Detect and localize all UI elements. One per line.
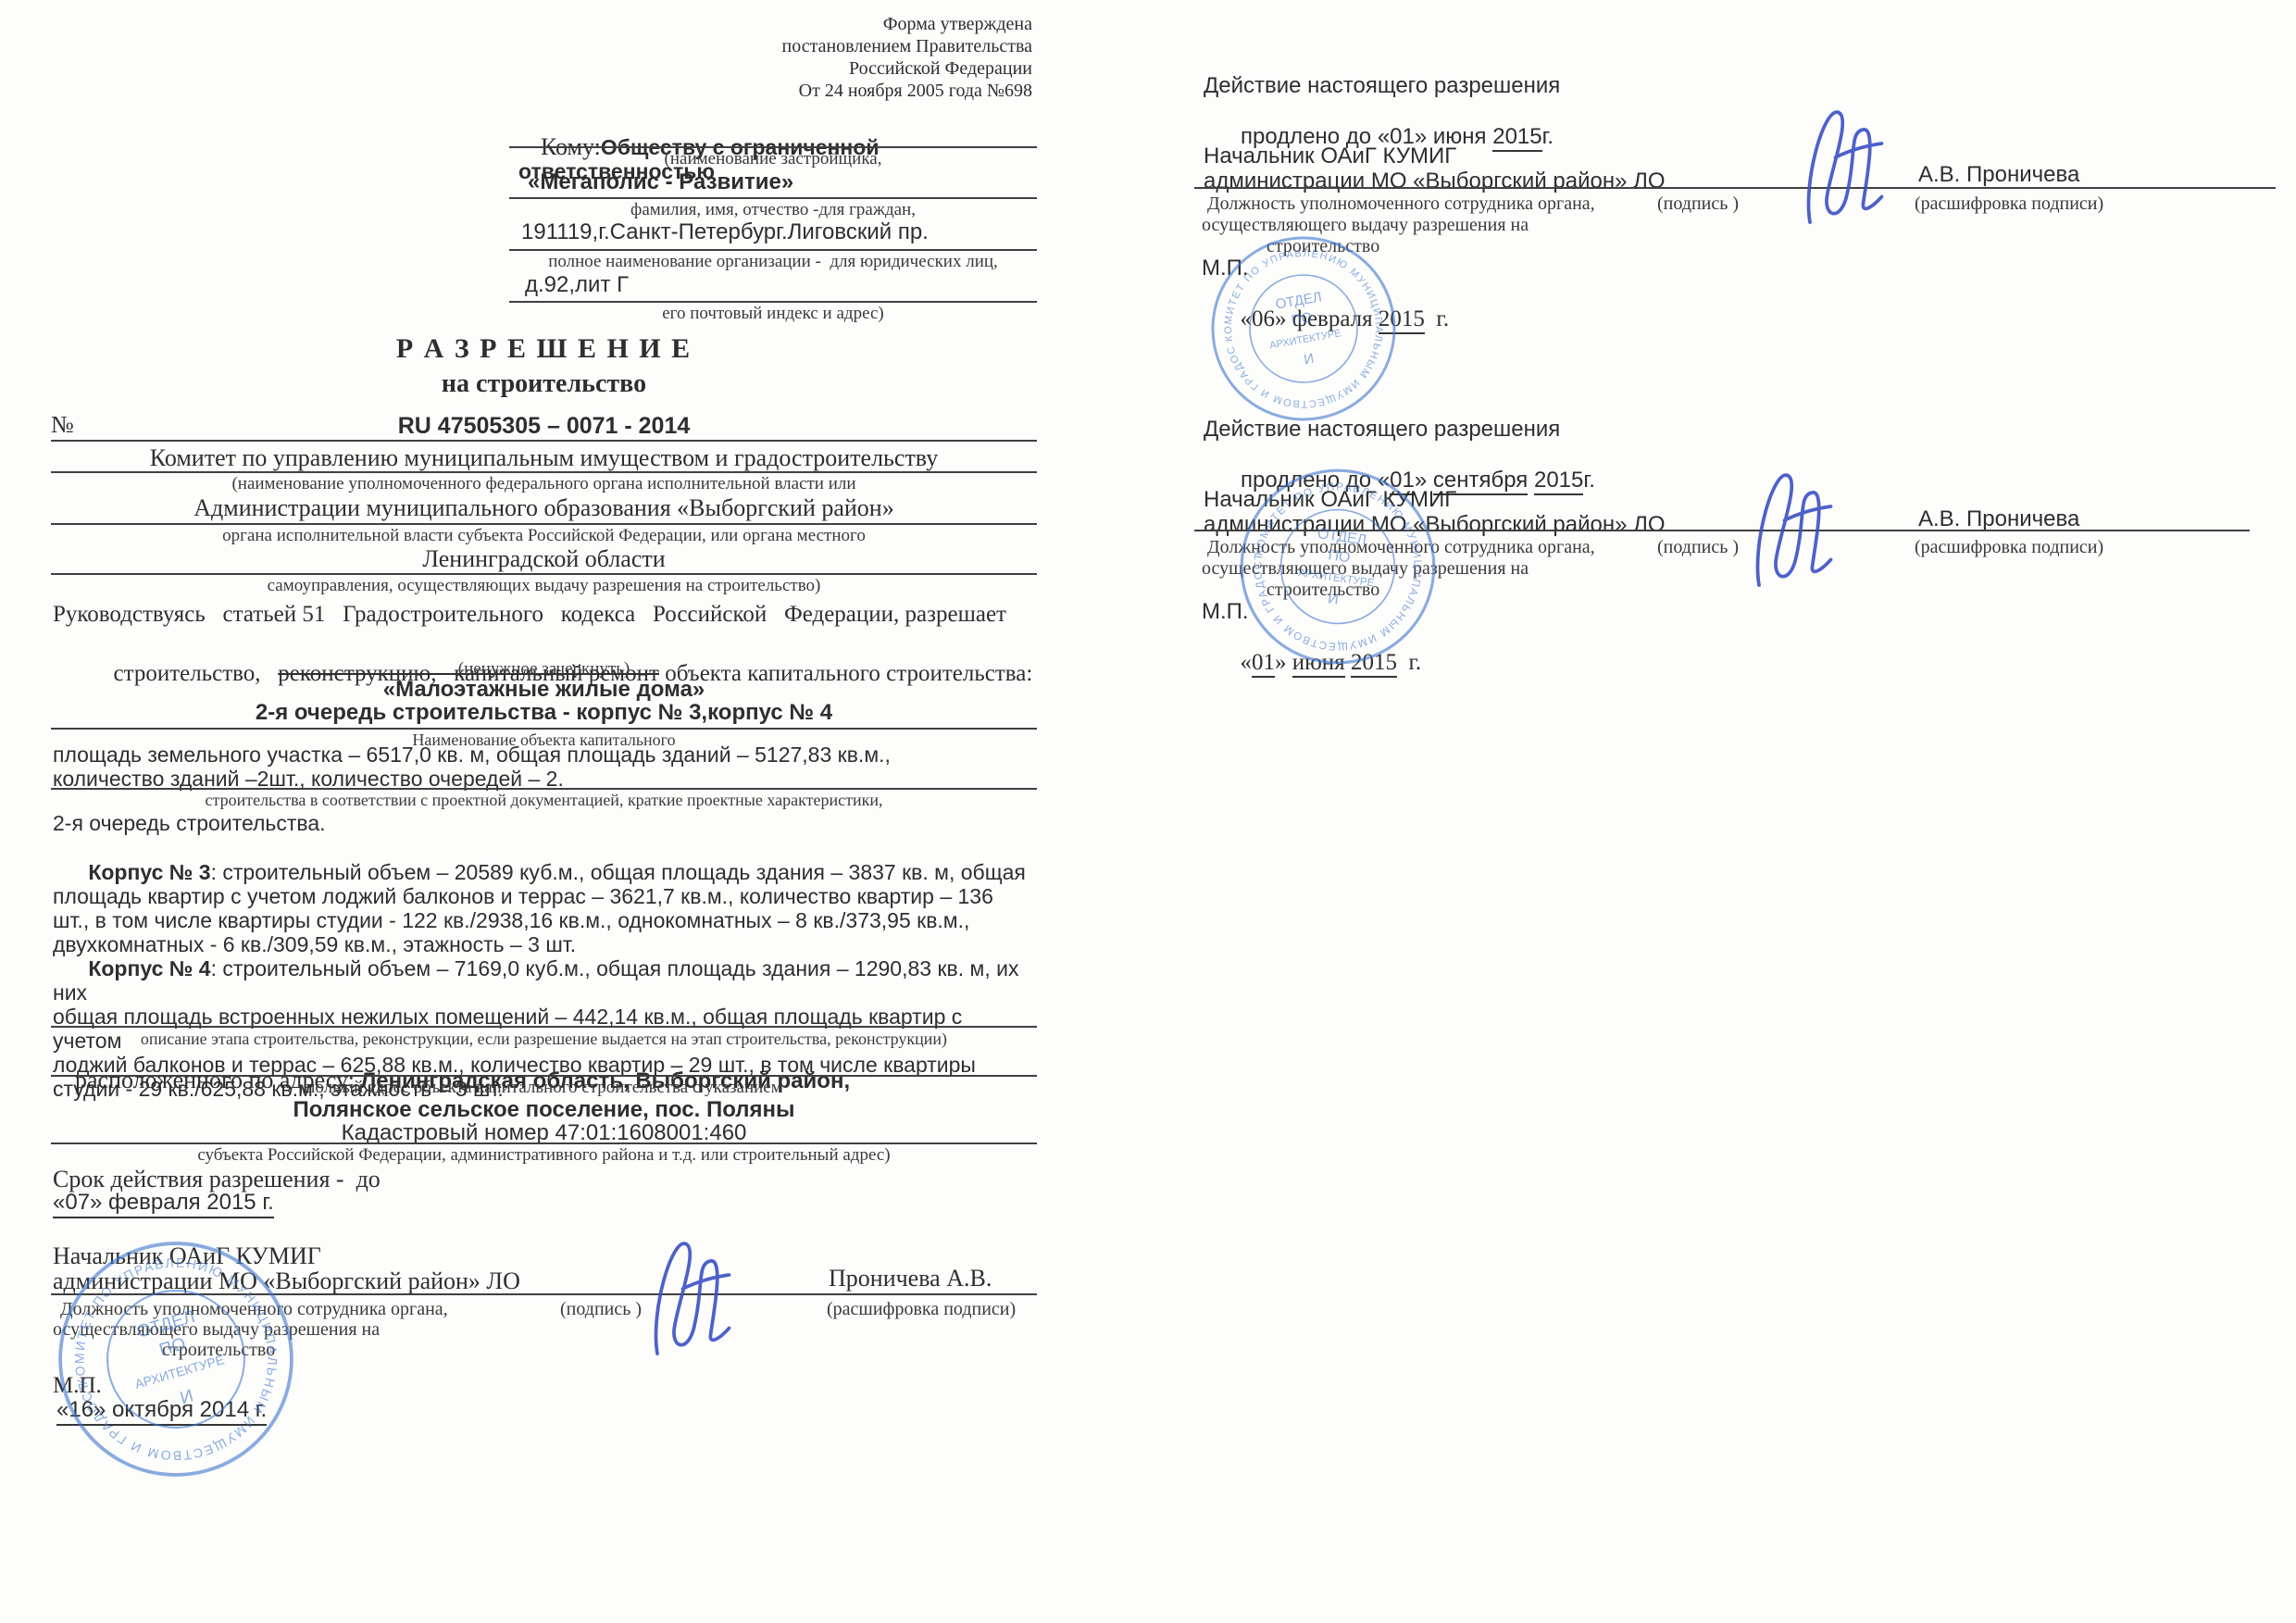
authority-name-2: Администрации муниципального образования… (51, 494, 1037, 521)
extension-1-note-1: Действие настоящего разрешения (1204, 74, 1560, 99)
officer-position-2: администрации МО «Выборгский район» ЛО (1204, 169, 1666, 194)
underline-rule (51, 1142, 1037, 1144)
address-caption-1: полный адрес объекта капитального строит… (51, 1078, 1037, 1097)
signature-line (1194, 187, 2276, 189)
area-summary-1: площадь земельного участка – 6517,0 кв. … (53, 743, 891, 767)
addressee-caption-4: его почтовый индекс и адрес) (509, 304, 1037, 323)
stamp-center-text: АРХИТЕКТУРЕ (1297, 567, 1375, 589)
stamp-center-text: И (178, 1386, 195, 1408)
underline-rule (51, 728, 1037, 730)
round-stamp: КОМИТЕТ ПО УПРАВЛЕНИЮ МУНИЦИПАЛЬНЫМ ИМУЩ… (1194, 219, 1413, 438)
permit-subtitle: на строительство (51, 369, 1037, 398)
validity-label: Срок действия разрешения - до (53, 1166, 381, 1192)
officer-position-1: Начальник ОАиГ КУМИГ (1204, 144, 1456, 169)
addressee-caption-1: (наименование застройщика, (509, 149, 1037, 169)
permit-title: Р А З Р Е Ш Е Н И Е (51, 333, 1037, 365)
stamp-ring-text: КОМИТЕТ ПО УПРАВЛЕНИЮ МУНИЦИПАЛЬНЫМ ИМУЩ… (47, 1230, 305, 1488)
developer-name: «Мегаполис - Развитие» (528, 170, 793, 195)
stamp-center-text: И (1327, 591, 1340, 607)
project-caption: строительства в соответствии с проектной… (51, 791, 1037, 809)
legal-basis-line-1: Руководствуясь статьей 51 Градостроитель… (53, 602, 1006, 628)
signature (1768, 93, 1907, 236)
extension-2-post: г. (1583, 468, 1595, 493)
stamp-center-text: ПО (1328, 547, 1352, 566)
underline-rule (509, 146, 1037, 148)
settlement-line: Полянское сельское поселение, пос. Полян… (51, 1098, 1037, 1123)
stamp-center-text: ОТДЕЛ (1316, 526, 1367, 548)
underline-rule (51, 1075, 1037, 1077)
stamp-center-text: ПО (157, 1334, 188, 1360)
position-caption-1: Должность уполномоченного сотрудника орг… (1207, 194, 1595, 214)
name-caption: (расшифровка подписи) (1915, 194, 2103, 214)
object-stage: 2-я очередь строительства - корпус № 3,к… (51, 701, 1037, 726)
extension-2-year: 2015 (1534, 468, 1583, 495)
extensions-page: Действие настоящего разрешения продлено … (1194, 0, 2282, 1623)
authority-caption-2: органа исполнительной власти субъекта Ро… (51, 526, 1037, 545)
form-note: Форма утверждена постановлением Правител… (569, 13, 1032, 102)
korpus-4-label: Корпус № 4 (88, 956, 210, 980)
stage-caption: описание этапа строительства, реконструк… (51, 1030, 1037, 1048)
stamp-center-text: И (1303, 351, 1316, 368)
addressee-caption-2: фамилия, имя, отчество -для граждан, (509, 200, 1037, 219)
stamp-center-text: ПО (1291, 309, 1314, 329)
name-caption: (расшифровка подписи) (827, 1299, 1016, 1319)
underline-rule (509, 197, 1037, 199)
document-scan: Форма утверждена постановлением Правител… (0, 0, 2296, 1623)
stamp-center-text: АРХИТЕКТУРЕ (133, 1352, 226, 1392)
object-name: «Малоэтажные жилые дома» (51, 678, 1037, 703)
underline-rule (509, 301, 1037, 303)
signature (606, 1224, 764, 1367)
name-caption: (расшифровка подписи) (1915, 537, 2103, 557)
extension-1-year: 2015 (1492, 124, 1541, 152)
validity-date: «07» февраля 2015 г. (53, 1191, 274, 1218)
round-stamp: КОМИТЕТ ПО УПРАВЛЕНИЮ МУНИЦИПАЛЬНЫМ ИМУЩ… (1225, 454, 1451, 680)
stamp-center-text: АРХИТЕКТУРЕ (1268, 328, 1341, 351)
authority-name-1: Комитет по управлению муниципальным имущ… (51, 444, 1037, 471)
signature-caption: (подпись ) (1657, 194, 1739, 214)
stamp-center-text: ОТДЕЛ (1274, 289, 1323, 312)
underline-rule (51, 523, 1037, 525)
seal-date-1-post: г. (1425, 306, 1449, 331)
developer-address-1: 191119,г.Санкт-Петербург.Лиговский пр. (521, 220, 929, 245)
signature (1717, 456, 1856, 599)
underline-rule (51, 471, 1037, 473)
authority-caption-3: самоуправления, осуществляющих выдачу ра… (51, 576, 1037, 595)
underline-rule (51, 573, 1037, 575)
underline-rule (51, 788, 1037, 790)
underline-rule (51, 440, 1037, 442)
officer-name: А.В. Проничева (1918, 163, 2079, 188)
korpus-3-label: Корпус № 3 (88, 860, 210, 884)
addressee-caption-3: полное наименование организации - для юр… (509, 252, 1037, 271)
address-caption-2: субъекта Российской Федерации, администр… (51, 1145, 1037, 1165)
underline-rule (51, 1026, 1037, 1028)
permit-number: RU 47505305 – 0071 - 2014 (51, 413, 1037, 439)
underline-rule (509, 249, 1037, 251)
extension-1-post: г. (1542, 124, 1554, 149)
stage-note: 2-я очередь строительства. (53, 811, 326, 835)
officer-name: Проничева А.В. (829, 1265, 992, 1292)
svg-text:КОМИТЕТ ПО УПРАВЛЕНИЮ МУНИЦИПА: КОМИТЕТ ПО УПРАВЛЕНИЮ МУНИЦИПАЛЬНЫМ ИМУЩ… (1210, 235, 1397, 422)
officer-name: А.В. Проничева (1918, 507, 2079, 532)
stamp-ring-text: КОМИТЕТ ПО УПРАВЛЕНИЮ МУНИЦИПАЛЬНЫМ ИМУЩ… (1210, 235, 1397, 422)
stamp-center-text: ОТДЕЛ (135, 1307, 197, 1342)
extension-2-space (1528, 468, 1534, 493)
authority-name-3: Ленинградской области (51, 545, 1037, 572)
developer-address-2: д.92,лит Г (525, 273, 629, 298)
svg-text:КОМИТЕТ ПО УПРАВЛЕНИЮ МУНИЦИПА: КОМИТЕТ ПО УПРАВЛЕНИЮ МУНИЦИПАЛЬНЫМ ИМУЩ… (47, 1230, 305, 1488)
authority-caption-1: (наименование уполномоченного федерально… (51, 474, 1037, 493)
permit-page: Форма утверждена постановлением Правител… (51, 0, 1037, 1623)
